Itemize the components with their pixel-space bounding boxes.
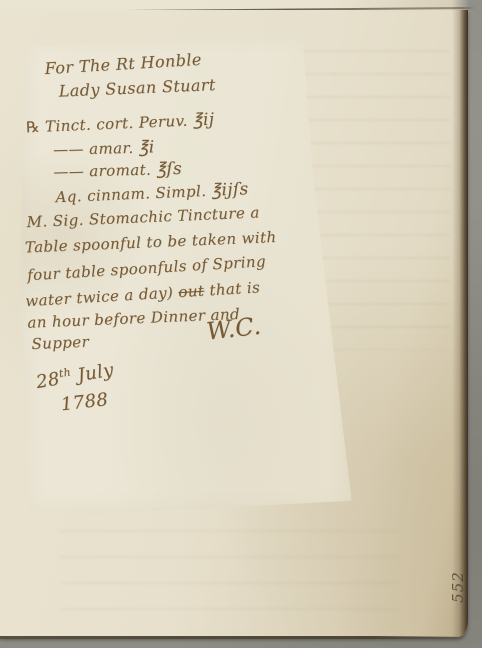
directions-line-1: M. Sig. Stomachic Tincture a — [26, 203, 260, 231]
date-day-month: 28th July — [34, 359, 115, 393]
rx-symbol: ℞ — [26, 118, 41, 137]
date-year: 1788 — [60, 389, 109, 415]
directions-text: water twice a day) — [25, 283, 174, 310]
ingredient-name: Aq. cinnam. Simpl. — [55, 182, 206, 206]
date-ordinal: th — [58, 365, 72, 380]
rx-ingredient-line-3: —— aromat. ℥ſs — [53, 158, 182, 181]
ingredient-quantity: ℥i — [138, 136, 154, 156]
recipient-line-1: For The Rt Honble — [44, 50, 202, 78]
pasted-prescription-note: For The Rt Honble Lady Susan Stuart ℞ Ti… — [18, 31, 351, 515]
ingredient-quantity: ℥ſs — [156, 158, 182, 179]
ingredient-name: —— amar. — [53, 139, 134, 159]
date-day: 28 — [35, 368, 62, 393]
directions-line-6: Supper — [31, 333, 89, 353]
ingredient-quantity: ℥ij — [192, 109, 214, 130]
folio-number: 552 — [449, 557, 467, 617]
directions-line-2: Table spoonful to be taken with — [25, 228, 277, 257]
rx-ingredient-line-2: —— amar. ℥i — [53, 136, 155, 158]
album-page: For The Rt Honble Lady Susan Stuart ℞ Ti… — [0, 10, 468, 637]
recipient-line-2: Lady Susan Stuart — [58, 75, 216, 101]
page-right-edge — [452, 10, 468, 637]
directions-text: that is — [209, 278, 261, 299]
ingredient-quantity: ℥ijſs — [211, 178, 249, 200]
ink-showthrough — [60, 530, 400, 620]
rx-ingredient-line-1: ℞ Tinct. cort. Peruv. ℥ij — [26, 109, 215, 137]
rx-ingredient-line-4: Aq. cinnam. Simpl. ℥ijſs — [55, 178, 249, 206]
ingredient-name: Tinct. cort. Peruv. — [45, 112, 188, 136]
ingredient-name: —— aromat. — [53, 161, 151, 181]
physician-initials: W.C. — [205, 312, 263, 346]
manuscript-scan: For The Rt Honble Lady Susan Stuart ℞ Ti… — [0, 0, 482, 648]
page-bottom-edge — [0, 636, 468, 639]
struck-word: out — [178, 282, 205, 302]
date-month: July — [76, 360, 115, 387]
